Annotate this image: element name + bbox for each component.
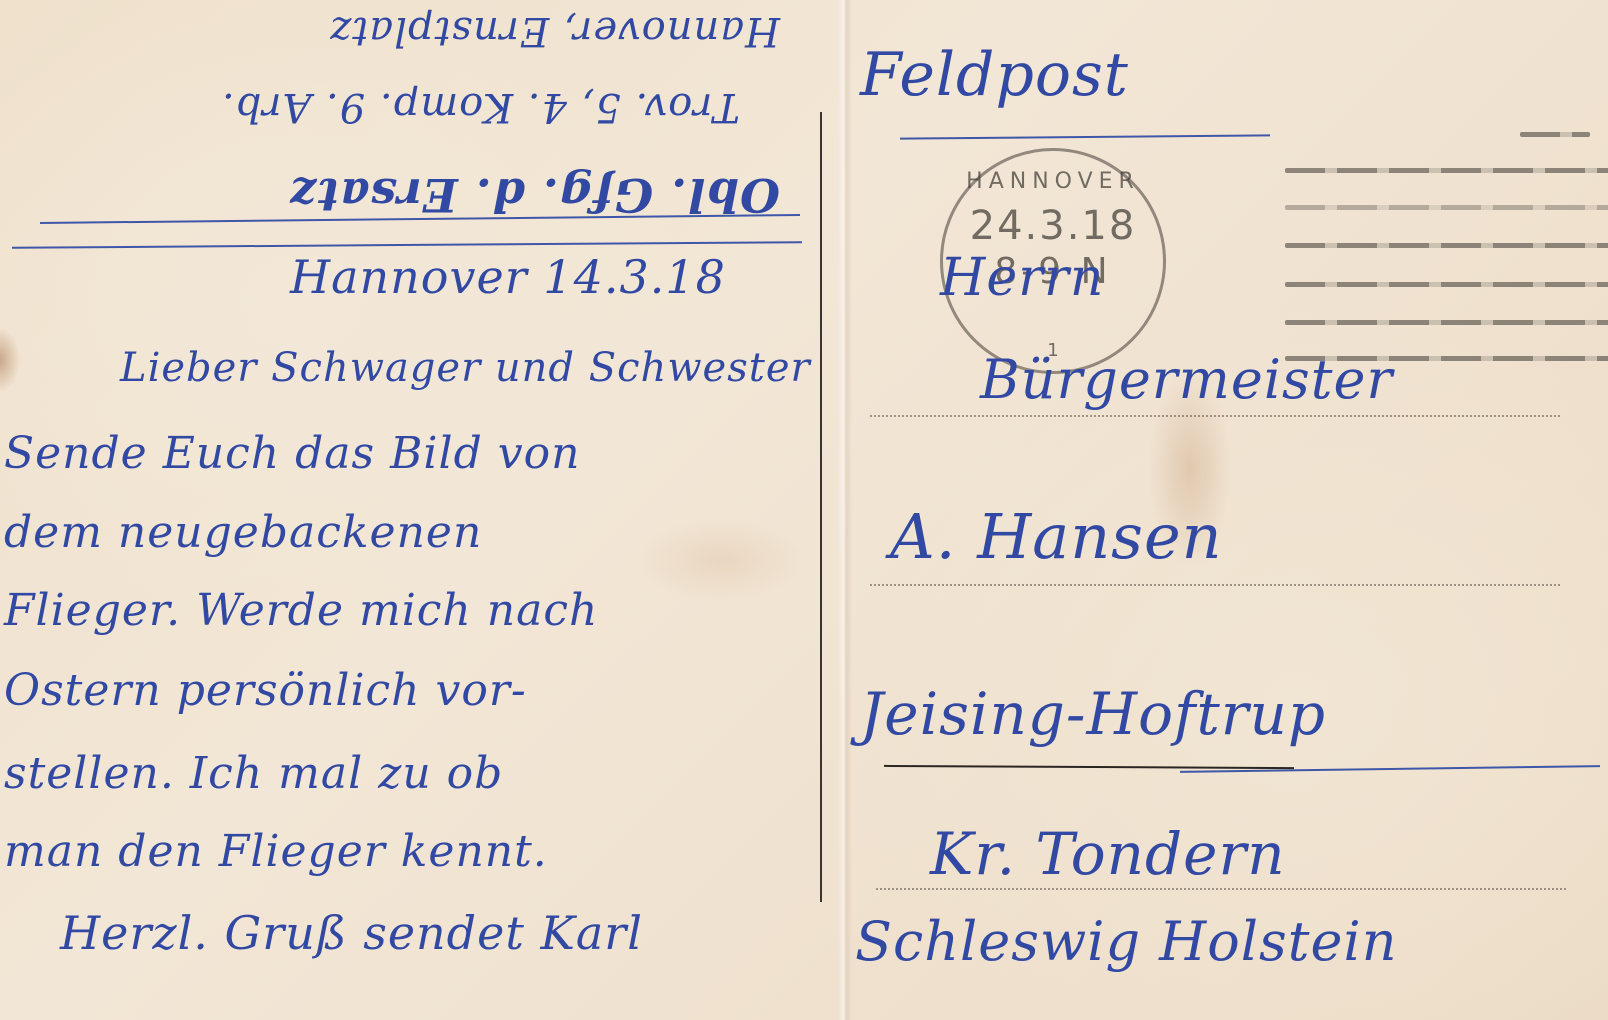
message-line-6: stellen. Ich mal zu ob — [4, 748, 503, 799]
address-underline — [884, 765, 1294, 769]
message-line-1: Lieber Schwager und Schwester — [120, 345, 811, 391]
feldpost-underline — [900, 134, 1270, 139]
cancellation-bar — [1285, 168, 1608, 173]
paper-crease — [838, 0, 852, 1020]
address-name: A. Hansen — [890, 500, 1223, 573]
address-dotted-line-1 — [870, 415, 1560, 417]
address-dotted-line-3 — [876, 888, 1566, 890]
address-town: Jeising-Hoftrup — [860, 680, 1326, 748]
message-line-5: Ostern persönlich vor- — [4, 665, 527, 716]
message-line-2: Sende Euch das Bild von — [4, 428, 580, 479]
address-salutation: Herrn — [940, 248, 1104, 308]
cancellation-bar — [1285, 205, 1608, 210]
address-title: Bürgermeister — [980, 348, 1393, 411]
sender-line-3: Obl. Gfg. d. Ersatz — [60, 168, 780, 222]
postmark-date: 24.3.18 — [943, 203, 1163, 249]
message-signoff: Herzl. Gruß sendet Karl — [60, 906, 643, 960]
message-line-3: dem neugebackenen — [4, 507, 482, 558]
cancellation-bar — [1285, 320, 1608, 325]
message-line-7: man den Flieger kennt. — [4, 826, 548, 877]
feldpost-header: Feldpost — [860, 40, 1129, 110]
message-line-4: Flieger. Werde mich nach — [4, 585, 598, 636]
postmark-city: HANNOVER — [943, 169, 1163, 194]
cancellation-bar — [1285, 282, 1608, 287]
cancellation-bar — [1285, 243, 1608, 248]
sender-line-1: Hannover, Ernstplatz — [80, 8, 780, 54]
postcard: Hannover, Ernstplatz Trov. 5, 4. Komp. 9… — [0, 0, 1608, 1020]
address-dotted-line-2 — [870, 584, 1560, 586]
address-region: Schleswig Holstein — [855, 910, 1397, 973]
message-top-rule — [12, 241, 802, 249]
address-district: Kr. Tondern — [930, 820, 1286, 888]
center-divider-line — [820, 112, 822, 902]
place-date: Hannover 14.3.18 — [290, 250, 726, 304]
sender-line-2: Trov. 5, 4. Komp. 9. Arb. — [20, 84, 740, 130]
cancellation-bar — [1520, 132, 1590, 137]
